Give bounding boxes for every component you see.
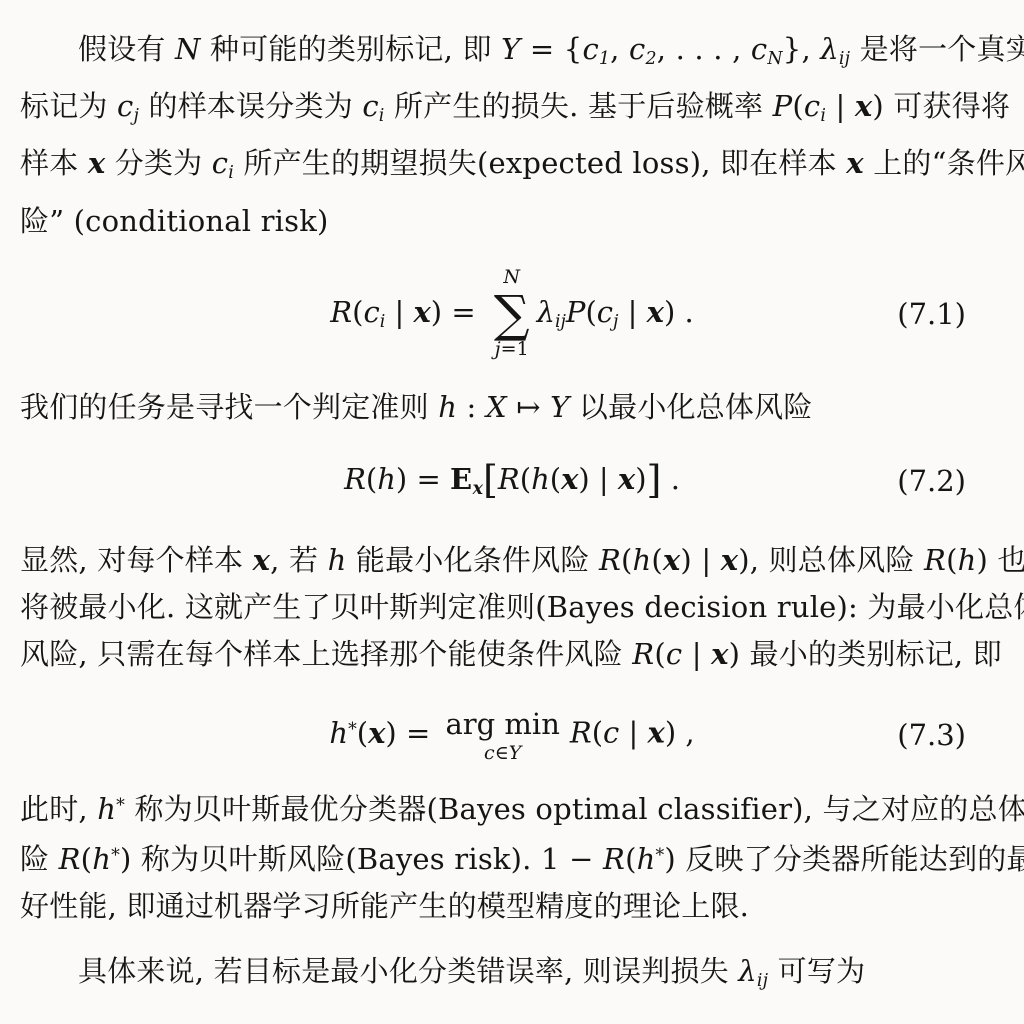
math-token: h: [329, 716, 348, 750]
math-token: h: [92, 842, 111, 876]
text-run: (: [651, 543, 663, 577]
math-token: c: [603, 716, 619, 750]
text-run: 我们的任务是寻找一个判定准则: [20, 390, 438, 424]
math-token: c: [666, 637, 682, 671]
math-token: x: [414, 295, 431, 329]
math-token: x: [855, 89, 873, 123]
equation-lhs: R(ci | x) =: [330, 295, 485, 329]
equation-number-7-2: (7.2): [897, 463, 966, 499]
math-token: x: [648, 716, 665, 750]
math-token: c: [117, 89, 133, 123]
text-line: 险” (conditional risk): [20, 198, 1004, 245]
math-token: *: [116, 796, 125, 816]
text-run: ) 称为贝叶斯风险(Bayes risk). 1 −: [120, 842, 603, 876]
text-run: |: [682, 637, 711, 671]
equation-body: R(ci | x) = N ∑ j=1 λijP(cj | x) .: [330, 267, 693, 361]
text-run: (: [550, 462, 561, 496]
text-run: 上的“条件风: [864, 146, 1024, 180]
text-run: ) 反映了分类器所能达到的最: [664, 842, 1024, 876]
math-token: Y: [501, 32, 520, 66]
text-run: (: [81, 842, 93, 876]
text-run: (: [625, 842, 637, 876]
text-line: 我们的任务是寻找一个判定准则 h : X ↦ Y 以最小化总体风险: [20, 384, 1004, 431]
text-line: 此时, h* 称为贝叶斯最优分类器(Bayes optimal classifi…: [20, 783, 1004, 833]
math-token: c: [484, 742, 495, 764]
text-run: 显然, 对每个样本: [20, 543, 253, 577]
math-token: c: [804, 89, 820, 123]
text-run: 是将一个真实: [850, 32, 1024, 66]
text-run: = {: [520, 32, 582, 66]
equation-number-7-3: (7.3): [897, 717, 966, 753]
text-run: (: [352, 295, 363, 329]
math-token: c: [629, 32, 645, 66]
text-run: (: [357, 716, 368, 750]
text-run: ) 最小的类别标记, 即: [729, 637, 1002, 671]
math-token: λ: [738, 954, 757, 988]
text-run: |: [619, 716, 647, 750]
paragraph-optimal-classifier: 此时, h* 称为贝叶斯最优分类器(Bayes optimal classifi…: [20, 783, 1004, 930]
math-token: ]: [647, 458, 662, 503]
text-run: 风险, 只需在每个样本上选择那个能使条件风险: [20, 637, 632, 671]
text-run: (: [621, 543, 633, 577]
text-run: (: [366, 462, 377, 496]
math-token: R: [59, 842, 81, 876]
text-run: ) |: [578, 462, 618, 496]
text-run: 此时,: [20, 792, 97, 826]
text-run: (: [946, 543, 958, 577]
math-token: x: [473, 480, 483, 500]
math-token: N: [175, 32, 201, 66]
math-token: h: [377, 462, 396, 496]
math-token: ij: [757, 971, 768, 991]
math-token: c: [582, 32, 598, 66]
equation-lhs: h*(x) =: [329, 716, 439, 750]
math-token: λ: [820, 32, 839, 66]
sigma-symbol: ∑: [494, 289, 530, 339]
equation-7-1: R(ci | x) = N ∑ j=1 λijP(cj | x) . (7.1): [20, 267, 1004, 361]
text-run: ) =: [385, 716, 439, 750]
text-run: ↦: [507, 390, 550, 424]
text-run: (: [654, 637, 666, 671]
text-run: (: [792, 89, 804, 123]
text-run: 好性能, 即通过机器学习所能产生的模型精度的理论上限.: [20, 889, 749, 923]
math-token: R: [603, 842, 625, 876]
math-token: R: [498, 462, 520, 496]
text-run: =1: [501, 338, 529, 360]
text-run: .: [661, 462, 679, 496]
text-line: 将被最小化. 这就产生了贝叶斯判定准则(Bayes decision rule)…: [20, 584, 1004, 631]
math-token: h: [438, 390, 457, 424]
text-run: ) ,: [665, 716, 695, 750]
math-token: h: [637, 842, 656, 876]
text-run: 称为贝叶斯最优分类器(Bayes optimal classifier), 与之…: [125, 792, 1024, 826]
text-run: |: [618, 295, 646, 329]
math-token: R: [599, 543, 621, 577]
math-token: c: [212, 146, 228, 180]
math-token: x: [253, 543, 271, 577]
text-run: 样本: [20, 146, 88, 180]
math-token: P: [773, 89, 793, 123]
summation-operator: N ∑ j=1: [494, 267, 530, 361]
argmin-operator: arg min c∈Y: [445, 706, 559, 763]
math-token: X: [486, 390, 507, 424]
equation-7-3: h*(x) = arg min c∈Y R(c | x) , (7.3): [20, 706, 1004, 763]
text-run: 分类为: [105, 146, 211, 180]
text-run: (: [520, 462, 531, 496]
math-token: h: [97, 792, 116, 826]
text-line: 标记为 cj 的样本误分类为 ci 所产生的损失. 基于后验概率 P(ci | …: [20, 83, 1004, 140]
text-run: 险” (conditional risk): [20, 204, 329, 238]
math-token: Y: [550, 390, 569, 424]
text-run: (: [592, 716, 603, 750]
text-run: },: [783, 32, 821, 66]
text-run: 假设有: [78, 32, 175, 66]
text-run: ) |: [680, 543, 720, 577]
math-token: h: [633, 543, 652, 577]
paragraph-bayes-rule: 显然, 对每个样本 x, 若 h 能最小化条件风险 R(h(x) | x), 则…: [20, 537, 1004, 678]
text-run: ∈: [495, 742, 509, 764]
paragraph-specific: 具体来说, 若目标是最小化分类错误率, 则误判损失 λij 可写为: [20, 948, 1004, 1005]
equation-rhs: λijP(cj | x) .: [537, 295, 694, 329]
math-token: R: [570, 716, 592, 750]
math-token: x: [663, 543, 681, 577]
equation-body: h*(x) = arg min c∈Y R(c | x) ,: [329, 706, 694, 763]
text-run: ) .: [664, 295, 694, 329]
equation-number-7-1: (7.1): [897, 295, 966, 331]
text-run: ,: [610, 32, 629, 66]
sum-lower-limit: j=1: [495, 339, 529, 361]
math-token: x: [721, 543, 739, 577]
text-run: 将被最小化. 这就产生了贝叶斯判定准则(Bayes decision rule)…: [20, 590, 1024, 624]
math-token: λ: [537, 295, 555, 329]
text-run: ) 也: [976, 543, 1024, 577]
math-token: x: [618, 462, 635, 496]
math-token: R: [344, 462, 366, 496]
math-token: N: [767, 49, 782, 69]
text-line: 显然, 对每个样本 x, 若 h 能最小化条件风险 R(h(x) | x), 则…: [20, 537, 1004, 584]
text-run: 标记为: [20, 89, 117, 123]
text-run: 能最小化条件风险: [347, 543, 599, 577]
math-token: Y: [509, 742, 522, 764]
text-run: 可写为: [768, 954, 865, 988]
math-token: x: [561, 462, 578, 496]
math-token: E: [450, 462, 473, 496]
math-token: x: [647, 295, 664, 329]
text-run: , . . . ,: [657, 32, 751, 66]
math-token: 1: [599, 49, 610, 69]
text-run: ) =: [431, 295, 485, 329]
math-token: R: [632, 637, 654, 671]
text-run: 以最小化总体风险: [570, 390, 813, 424]
math-token: *: [348, 720, 357, 740]
math-token: [: [483, 458, 498, 503]
text-run: ) 可获得将: [872, 89, 1010, 123]
text-run: :: [457, 390, 486, 424]
math-token: R: [924, 543, 946, 577]
math-token: R: [330, 295, 352, 329]
argmin-subscript: c∈Y: [484, 743, 521, 764]
math-token: 2: [645, 49, 656, 69]
equation-7-2: R(h) = Ex[R(h(x) | x)] . (7.2): [20, 461, 1004, 501]
equation-rhs: R(c | x) ,: [570, 716, 695, 750]
argmin-label: arg min: [445, 706, 559, 742]
math-token: c: [362, 89, 378, 123]
book-page: 假设有 N 种可能的类别标记, 即 Y = {c1, c2, . . . , c…: [0, 0, 1024, 1024]
text-run: 的样本误分类为: [139, 89, 362, 123]
text-run: 具体来说, 若目标是最小化分类错误率, 则误判损失: [78, 954, 738, 988]
math-token: ij: [555, 312, 566, 332]
text-run: 所产生的损失. 基于后验概率: [385, 89, 773, 123]
math-token: h: [958, 543, 977, 577]
math-token: x: [368, 716, 385, 750]
text-run: 险: [20, 842, 59, 876]
math-token: ij: [839, 49, 850, 69]
text-run: |: [826, 89, 855, 123]
text-line: 具体来说, 若目标是最小化分类错误率, 则误判损失 λij 可写为: [20, 948, 1004, 1005]
paragraph-setup: 假设有 N 种可能的类别标记, 即 Y = {c1, c2, . . . , c…: [20, 26, 1004, 245]
text-run: 所产生的期望损失(expected loss), 即在样本: [234, 146, 846, 180]
math-token: x: [711, 637, 729, 671]
math-token: h: [531, 462, 550, 496]
text-run: |: [385, 295, 413, 329]
text-line: 险 R(h*) 称为贝叶斯风险(Bayes risk). 1 − R(h*) 反…: [20, 833, 1004, 883]
text-line: 好性能, 即通过机器学习所能产生的模型精度的理论上限.: [20, 883, 1004, 930]
text-run: ) =: [396, 462, 450, 496]
text-line: 样本 x 分类为 ci 所产生的期望损失(expected loss), 即在样…: [20, 140, 1004, 197]
text-run: ), 则总体风险: [738, 543, 924, 577]
text-run: 种可能的类别标记, 即: [201, 32, 501, 66]
math-token: x: [846, 146, 864, 180]
math-token: P: [566, 295, 586, 329]
paragraph-task: 我们的任务是寻找一个判定准则 h : X ↦ Y 以最小化总体风险: [20, 384, 1004, 431]
text-line: 风险, 只需在每个样本上选择那个能使条件风险 R(c | x) 最小的类别标记,…: [20, 631, 1004, 678]
math-token: h: [328, 543, 347, 577]
text-run: ): [635, 462, 646, 496]
math-token: *: [111, 846, 120, 866]
equation-body: R(h) = Ex[R(h(x) | x)] .: [344, 461, 680, 501]
text-run: , 若: [270, 543, 327, 577]
math-token: x: [88, 146, 106, 180]
text-line: 假设有 N 种可能的类别标记, 即 Y = {c1, c2, . . . , c…: [20, 26, 1004, 83]
math-token: c: [597, 295, 613, 329]
text-run: (: [585, 295, 596, 329]
math-token: c: [751, 32, 767, 66]
math-token: c: [363, 295, 379, 329]
